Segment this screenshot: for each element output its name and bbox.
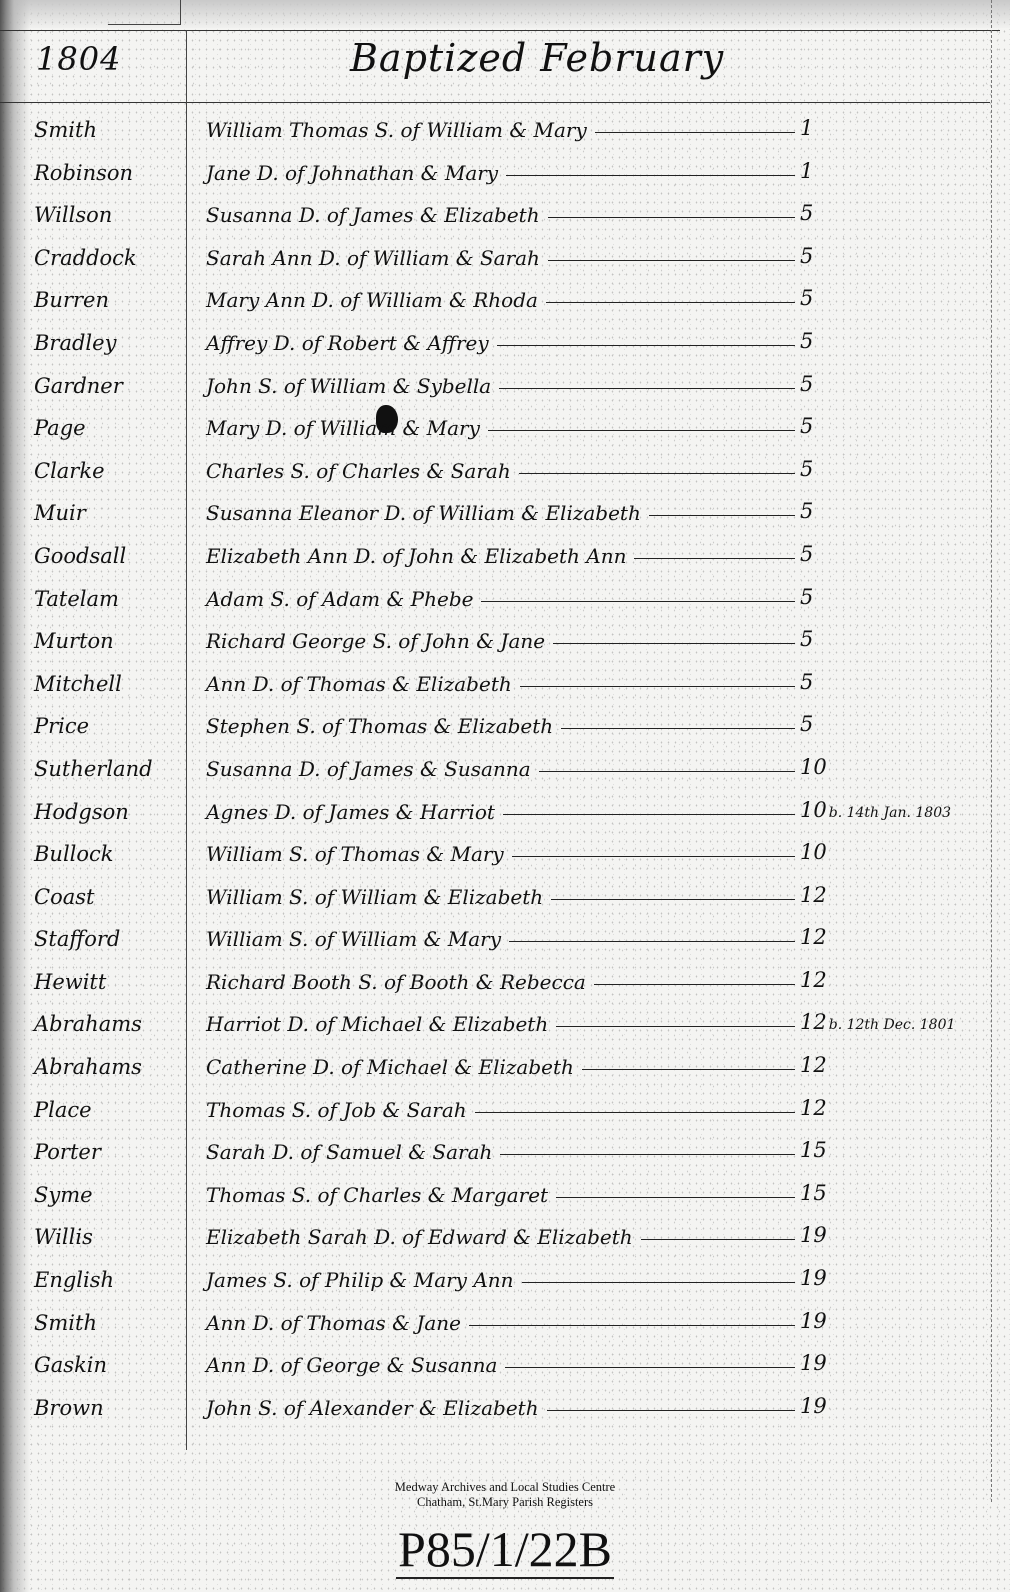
entry-surname: Abrahams [34, 1012, 184, 1036]
entry-day-number: 15 [800, 1181, 827, 1205]
entry-filler-line [548, 260, 795, 261]
entry-detail: Jane D. of Johnathan & Mary [206, 161, 498, 185]
entry-day-number: 5 [800, 585, 813, 609]
register-entry: WillisElizabeth Sarah D. of Edward & Eli… [0, 1219, 1010, 1262]
entry-detail: William S. of Thomas & Mary [206, 842, 504, 866]
entry-day: 10b. 14th Jan. 1803 [800, 798, 951, 822]
entry-filler-line [546, 302, 795, 303]
entry-day-number: 5 [800, 414, 813, 438]
entry-detail: Agnes D. of James & Harriot [206, 800, 495, 824]
document-reference: P85/1/22B [0, 1520, 1010, 1578]
entry-birth-note: b. 14th Jan. 1803 [829, 805, 951, 821]
register-entry: BradleyAffrey D. of Robert & Affrey5 [0, 325, 1010, 368]
entry-filler-line [488, 430, 795, 431]
entry-detail: Mary D. of William & Mary [206, 416, 480, 440]
entry-day: 5 [800, 372, 813, 396]
entry-day: 19 [800, 1309, 827, 1333]
entry-filler-line [649, 515, 795, 516]
register-entry: BurrenMary Ann D. of William & Rhoda5 [0, 282, 1010, 325]
entry-day-number: 1 [800, 116, 813, 140]
entry-detail: Richard George S. of John & Jane [206, 629, 545, 653]
entry-filler-line [481, 601, 795, 602]
entry-filler-line [556, 1026, 795, 1027]
entry-filler-line [475, 1112, 795, 1113]
register-entry: MuirSusanna Eleanor D. of William & Eliz… [0, 495, 1010, 538]
entry-filler-line [548, 217, 795, 218]
entry-day: 5 [800, 244, 813, 268]
entry-detail: William Thomas S. of William & Mary [206, 118, 587, 142]
entry-surname: Syme [34, 1183, 184, 1207]
entry-day: 19 [800, 1351, 827, 1375]
entry-filler-line [500, 1154, 795, 1155]
entry-day: 5 [800, 542, 813, 566]
entry-detail: Elizabeth Ann D. of John & Elizabeth Ann [206, 544, 626, 568]
entry-filler-line [506, 175, 795, 176]
entry-detail: James S. of Philip & Mary Ann [206, 1268, 514, 1292]
entry-day-number: 5 [800, 542, 813, 566]
entry-day-number: 10 [800, 798, 827, 822]
register-year: 1804 [36, 40, 121, 78]
entry-detail: Susanna D. of James & Susanna [206, 757, 531, 781]
entry-surname: Mitchell [34, 672, 184, 696]
entry-day-number: 12 [800, 883, 827, 907]
register-entry: BullockWilliam S. of Thomas & Mary10 [0, 836, 1010, 879]
entry-filler-line [561, 728, 795, 729]
entry-filler-line [641, 1239, 795, 1240]
entry-surname: Hodgson [34, 800, 184, 824]
entry-day: 19 [800, 1223, 827, 1247]
baptism-entries: SmithWilliam Thomas S. of William & Mary… [0, 112, 1010, 1432]
register-entry: GardnerJohn S. of William & Sybella5 [0, 368, 1010, 411]
entry-filler-line [594, 984, 795, 985]
entry-day: 5 [800, 329, 813, 353]
entry-surname: Abrahams [34, 1055, 184, 1079]
header-top-rule [0, 30, 1000, 31]
register-entry: MitchellAnn D. of Thomas & Elizabeth5 [0, 666, 1010, 709]
archive-caption: Medway Archives and Local Studies Centre… [0, 1480, 1010, 1510]
entry-surname: Gardner [34, 374, 184, 398]
entry-surname: Tatelam [34, 587, 184, 611]
entry-surname: Willson [34, 203, 184, 227]
entry-surname: Burren [34, 288, 184, 312]
entry-detail: Stephen S. of Thomas & Elizabeth [206, 714, 553, 738]
entry-day-number: 5 [800, 329, 813, 353]
entry-detail: John S. of Alexander & Elizabeth [206, 1396, 539, 1420]
entry-day: 10 [800, 840, 827, 864]
entry-day-number: 5 [800, 627, 813, 651]
entry-day: 1 [800, 116, 813, 140]
reference-code: P85/1/22B [396, 1521, 614, 1579]
entry-filler-line [519, 473, 795, 474]
entry-day: 19 [800, 1394, 827, 1418]
entry-surname: Smith [34, 1311, 184, 1335]
entry-surname: Price [34, 714, 184, 738]
entry-day-number: 19 [800, 1351, 827, 1375]
entry-surname: Gaskin [34, 1353, 184, 1377]
entry-filler-line [551, 899, 795, 900]
entry-day: 5 [800, 585, 813, 609]
entry-day: 10 [800, 755, 827, 779]
entry-day-number: 12 [800, 1053, 827, 1077]
entry-day-number: 5 [800, 499, 813, 523]
entry-detail: Catherine D. of Michael & Elizabeth [206, 1055, 574, 1079]
entry-filler-line [499, 388, 795, 389]
entry-day-number: 19 [800, 1309, 827, 1333]
entry-day-number: 5 [800, 457, 813, 481]
entry-day: 12 [800, 925, 827, 949]
register-entry: SmithAnn D. of Thomas & Jane19 [0, 1305, 1010, 1348]
entry-day-number: 19 [800, 1223, 827, 1247]
entry-filler-line [520, 686, 795, 687]
entry-day-number: 5 [800, 372, 813, 396]
entry-detail: Elizabeth Sarah D. of Edward & Elizabeth [206, 1225, 633, 1249]
entry-filler-line [582, 1069, 795, 1070]
entry-day: 12 [800, 1053, 827, 1077]
entry-filler-line [595, 132, 795, 133]
register-entry: MurtonRichard George S. of John & Jane5 [0, 623, 1010, 666]
register-entry: AbrahamsHarriot D. of Michael & Elizabet… [0, 1006, 1010, 1049]
entry-day: 5 [800, 201, 813, 225]
header-bottom-rule [0, 102, 990, 103]
entry-day-number: 10 [800, 755, 827, 779]
register-entry: TatelamAdam S. of Adam & Phebe5 [0, 581, 1010, 624]
register-title: Baptized February [350, 36, 810, 80]
register-entry: EnglishJames S. of Philip & Mary Ann19 [0, 1262, 1010, 1305]
entry-day-number: 1 [800, 159, 813, 183]
entry-day: 12 [800, 968, 827, 992]
entry-detail: Thomas S. of Charles & Margaret [206, 1183, 548, 1207]
register-entry: SymeThomas S. of Charles & Margaret15 [0, 1177, 1010, 1220]
entry-day: 5 [800, 457, 813, 481]
entry-surname: Coast [34, 885, 184, 909]
entry-filler-line [522, 1282, 795, 1283]
entry-surname: Place [34, 1098, 184, 1122]
entry-filler-line [509, 941, 795, 942]
entry-detail: Thomas S. of Job & Sarah [206, 1098, 467, 1122]
entry-detail: Mary Ann D. of William & Rhoda [206, 288, 538, 312]
entry-day: 5 [800, 712, 813, 736]
entry-day-number: 5 [800, 201, 813, 225]
entry-day-number: 19 [800, 1394, 827, 1418]
entry-detail: Richard Booth S. of Booth & Rebecca [206, 970, 586, 994]
entry-surname: Stafford [34, 927, 184, 951]
entry-detail: Adam S. of Adam & Phebe [206, 587, 473, 611]
entry-surname: Murton [34, 629, 184, 653]
entry-day: 15 [800, 1181, 827, 1205]
register-entry: SutherlandSusanna D. of James & Susanna1… [0, 751, 1010, 794]
register-entry: StaffordWilliam S. of William & Mary12 [0, 921, 1010, 964]
entry-detail: Susanna D. of James & Elizabeth [206, 203, 540, 227]
entry-filler-line [547, 1410, 795, 1411]
entry-surname: Willis [34, 1225, 184, 1249]
entry-filler-line [553, 643, 795, 644]
entry-detail: Harriot D. of Michael & Elizabeth [206, 1012, 548, 1036]
page-tab-outline [108, 0, 181, 25]
register-entry: AbrahamsCatherine D. of Michael & Elizab… [0, 1049, 1010, 1092]
register-entry: GaskinAnn D. of George & Susanna19 [0, 1347, 1010, 1390]
register-entry: CraddockSarah Ann D. of William & Sarah5 [0, 240, 1010, 283]
entry-day: 1 [800, 159, 813, 183]
entry-day-number: 12 [800, 1010, 827, 1034]
entry-day: 19 [800, 1266, 827, 1290]
entry-birth-note: b. 12th Dec. 1801 [829, 1017, 956, 1033]
entry-filler-line [503, 814, 795, 815]
register-entry: WillsonSusanna D. of James & Elizabeth5 [0, 197, 1010, 240]
register-entry: PorterSarah D. of Samuel & Sarah15 [0, 1134, 1010, 1177]
entry-surname: Craddock [34, 246, 184, 270]
entry-day: 12b. 12th Dec. 1801 [800, 1010, 955, 1034]
entry-day-number: 19 [800, 1266, 827, 1290]
entry-day: 5 [800, 627, 813, 651]
entry-filler-line [505, 1367, 795, 1368]
entry-surname: Bradley [34, 331, 184, 355]
entry-day: 15 [800, 1138, 827, 1162]
entry-surname: Brown [34, 1396, 184, 1420]
entry-detail: Affrey D. of Robert & Affrey [206, 331, 489, 355]
entry-detail: Ann D. of George & Susanna [206, 1353, 497, 1377]
register-entry: HodgsonAgnes D. of James & Harriot10b. 1… [0, 794, 1010, 837]
entry-day-number: 12 [800, 968, 827, 992]
entry-surname: Porter [34, 1140, 184, 1164]
register-entry: GoodsallElizabeth Ann D. of John & Eliza… [0, 538, 1010, 581]
entry-surname: Goodsall [34, 544, 184, 568]
entry-day-number: 5 [800, 670, 813, 694]
entry-day-number: 12 [800, 1096, 827, 1120]
entry-filler-line [539, 771, 795, 772]
entry-detail: William S. of William & Elizabeth [206, 885, 543, 909]
entry-filler-line [634, 558, 795, 559]
entry-day: 12 [800, 883, 827, 907]
entry-detail: Ann D. of Thomas & Elizabeth [206, 672, 512, 696]
register-entry: HewittRichard Booth S. of Booth & Rebecc… [0, 964, 1010, 1007]
entry-detail: Sarah D. of Samuel & Sarah [206, 1140, 492, 1164]
entry-day-number: 5 [800, 286, 813, 310]
entry-detail: William S. of William & Mary [206, 927, 501, 951]
entry-day: 5 [800, 414, 813, 438]
entry-day: 5 [800, 670, 813, 694]
entry-surname: Muir [34, 501, 184, 525]
register-entry: PageMary D. of William & Mary5 [0, 410, 1010, 453]
register-entry: CoastWilliam S. of William & Elizabeth12 [0, 879, 1010, 922]
entry-surname: Hewitt [34, 970, 184, 994]
register-entry: PriceStephen S. of Thomas & Elizabeth5 [0, 708, 1010, 751]
register-entry: SmithWilliam Thomas S. of William & Mary… [0, 112, 1010, 155]
entry-surname: Smith [34, 118, 184, 142]
entry-filler-line [556, 1197, 795, 1198]
entry-detail: John S. of William & Sybella [206, 374, 491, 398]
entry-day: 5 [800, 499, 813, 523]
entry-surname: English [34, 1268, 184, 1292]
entry-detail: Susanna Eleanor D. of William & Elizabet… [206, 501, 641, 525]
entry-filler-line [497, 345, 795, 346]
entry-filler-line [469, 1325, 795, 1326]
entry-filler-line [512, 856, 795, 857]
register-entry: ClarkeCharles S. of Charles & Sarah5 [0, 453, 1010, 496]
entry-day-number: 15 [800, 1138, 827, 1162]
entry-day: 5 [800, 286, 813, 310]
entry-detail: Ann D. of Thomas & Jane [206, 1311, 461, 1335]
register-entry: BrownJohn S. of Alexander & Elizabeth19 [0, 1390, 1010, 1433]
entry-day-number: 10 [800, 840, 827, 864]
entry-surname: Sutherland [34, 757, 184, 781]
entry-detail: Sarah Ann D. of William & Sarah [206, 246, 540, 270]
archive-line-1: Medway Archives and Local Studies Centre [0, 1480, 1010, 1495]
register-entry: PlaceThomas S. of Job & Sarah12 [0, 1092, 1010, 1135]
entry-surname: Bullock [34, 842, 184, 866]
entry-day-number: 5 [800, 712, 813, 736]
entry-day-number: 5 [800, 244, 813, 268]
archive-line-2: Chatham, St.Mary Parish Registers [0, 1495, 1010, 1510]
entry-surname: Clarke [34, 459, 184, 483]
register-entry: RobinsonJane D. of Johnathan & Mary1 [0, 155, 1010, 198]
entry-day-number: 12 [800, 925, 827, 949]
entry-day: 12 [800, 1096, 827, 1120]
entry-detail: Charles S. of Charles & Sarah [206, 459, 511, 483]
entry-surname: Robinson [34, 161, 184, 185]
entry-surname: Page [34, 416, 184, 440]
